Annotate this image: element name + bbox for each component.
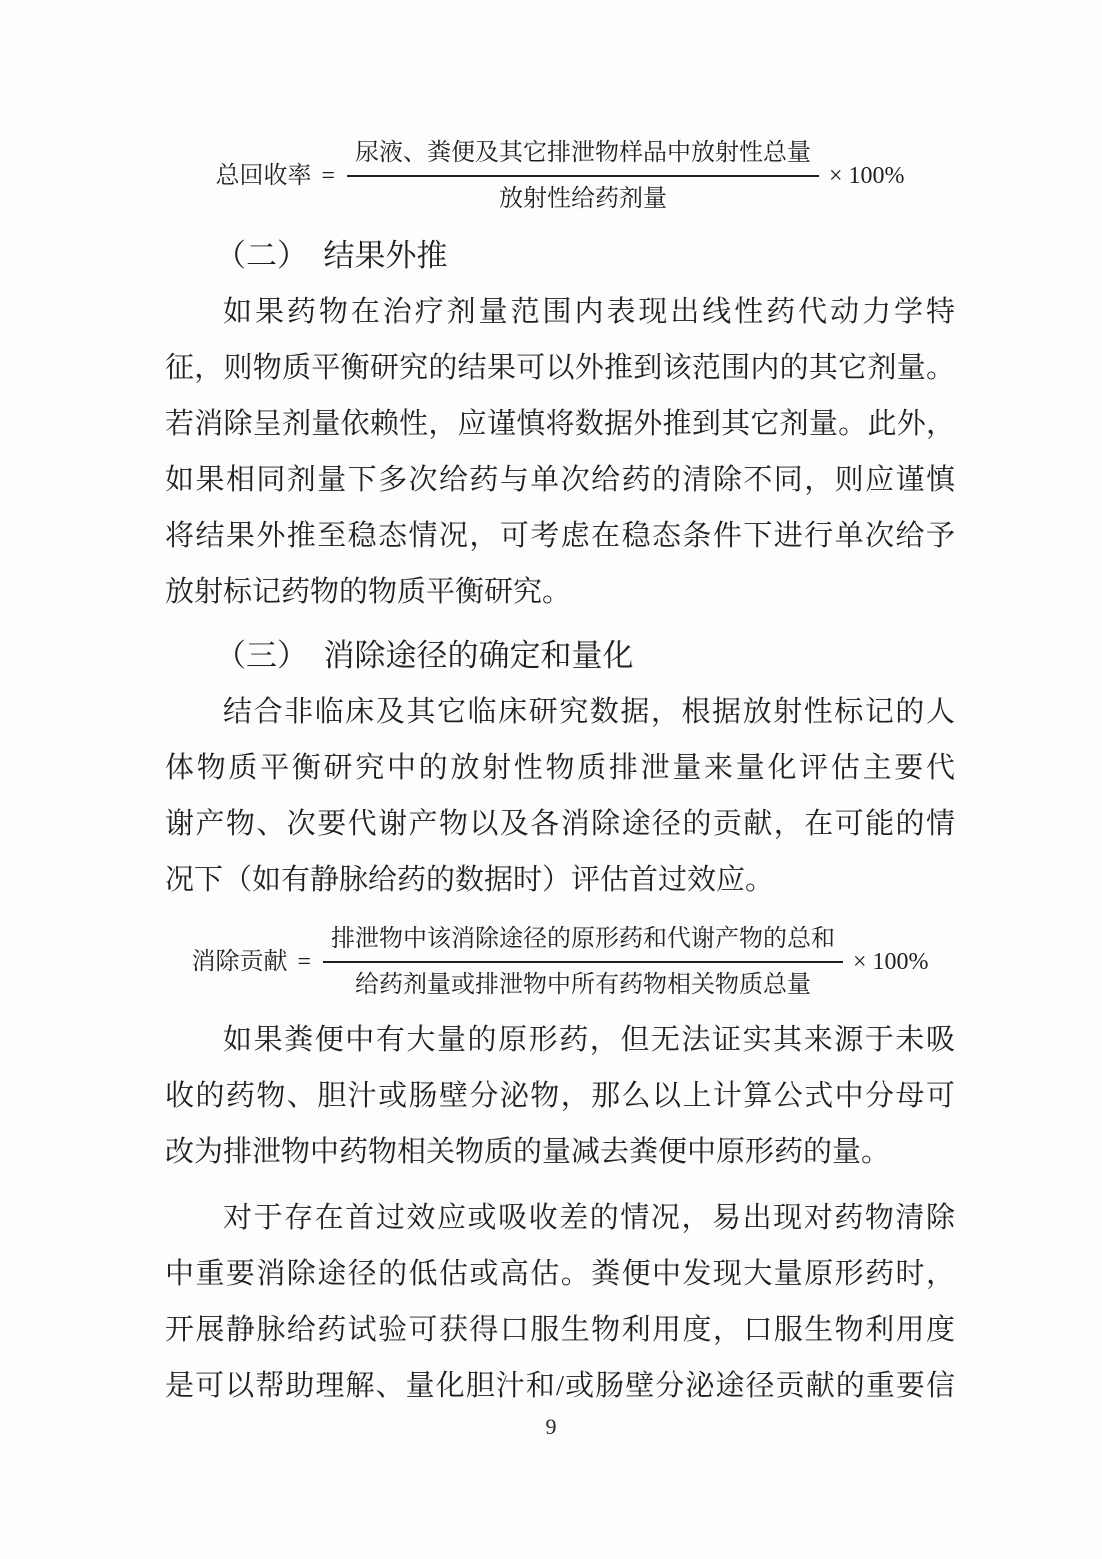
text-line: 改为排泄物中药物相关物质的量减去粪便中原形药的量。: [165, 1124, 955, 1180]
paragraph-feces-unchanged-drug: 如果粪便中有大量的原形药，但无法证实其来源于未吸 收的药物、胆汁或肠壁分泌物，那…: [165, 1012, 955, 1180]
fraction-numerator: 尿液、粪便及其它排泄物样品中放射性总量: [347, 138, 819, 175]
paragraph-first-pass-effect: 对于存在首过效应或吸收差的情况，易出现对药物清除 中重要消除途径的低估或高估。粪…: [165, 1190, 955, 1414]
text-line: 放射标记药物的物质平衡研究。: [165, 564, 955, 620]
text-line: 如果相同剂量下多次给药与单次给药的清除不同，则应谨慎: [165, 452, 955, 508]
paragraph-elimination-routes: 结合非临床及其它临床研究数据，根据放射性标记的人 体物质平衡研究中的放射性物质排…: [165, 684, 955, 908]
text-line: 中重要消除途径的低估或高估。粪便中发现大量原形药时，: [165, 1246, 955, 1302]
equals-sign: =: [321, 161, 335, 191]
formula-multiplier: × 100%: [829, 161, 905, 191]
fraction-denominator: 放射性给药剂量: [499, 177, 667, 214]
formula-label: 总回收率: [215, 161, 311, 191]
text-line: 如果粪便中有大量的原形药，但无法证实其来源于未吸: [165, 1012, 955, 1068]
text-line: 是可以帮助理解、量化胆汁和/或肠壁分泌途径贡献的重要信: [165, 1358, 955, 1414]
text-line: 谢产物、次要代谢产物以及各消除途径的贡献，在可能的情: [165, 796, 955, 852]
text-line: 况下（如有静脉给药的数据时）评估首过效应。: [165, 852, 955, 908]
fraction: 排泄物中该消除途径的原形药和代谢产物的总和 给药剂量或排泄物中所有药物相关物质总…: [323, 924, 843, 1000]
section-heading-3: （三） 消除途径的确定和量化: [165, 628, 955, 684]
text-line: 将结果外推至稳态情况，可考虑在稳态条件下进行单次给予: [165, 508, 955, 564]
text-line: 如果药物在治疗剂量范围内表现出线性药代动力学特: [165, 284, 955, 340]
fraction-numerator: 排泄物中该消除途径的原形药和代谢产物的总和: [323, 924, 843, 961]
section-heading-2: （二） 结果外推: [165, 228, 955, 284]
text-line: 开展静脉给药试验可获得口服生物利用度，口服生物利用度: [165, 1302, 955, 1358]
fraction-denominator: 给药剂量或排泄物中所有药物相关物质总量: [355, 963, 811, 1000]
text-line: 结合非临床及其它临床研究数据，根据放射性标记的人: [165, 684, 955, 740]
document-page: 总回收率 = 尿液、粪便及其它排泄物样品中放射性总量 放射性给药剂量 × 100…: [0, 0, 1102, 1559]
fraction: 尿液、粪便及其它排泄物样品中放射性总量 放射性给药剂量: [347, 138, 819, 214]
elimination-contribution-formula: 消除贡献 = 排泄物中该消除途径的原形药和代谢产物的总和 给药剂量或排泄物中所有…: [165, 924, 955, 1000]
text-line: 收的药物、胆汁或肠壁分泌物，那么以上计算公式中分母可: [165, 1068, 955, 1124]
text-line: 体物质平衡研究中的放射性物质排泄量来量化评估主要代: [165, 740, 955, 796]
paragraph-result-extrapolation: 如果药物在治疗剂量范围内表现出线性药代动力学特 征，则物质平衡研究的结果可以外推…: [165, 284, 955, 620]
total-recovery-formula: 总回收率 = 尿液、粪便及其它排泄物样品中放射性总量 放射性给药剂量 × 100…: [165, 138, 955, 214]
formula-label: 消除贡献: [191, 947, 287, 977]
text-line: 若消除呈剂量依赖性，应谨慎将数据外推到其它剂量。此外，: [165, 396, 955, 452]
text-line: 征，则物质平衡研究的结果可以外推到该范围内的其它剂量。: [165, 340, 955, 396]
formula-multiplier: × 100%: [853, 947, 929, 977]
text-line: 对于存在首过效应或吸收差的情况，易出现对药物清除: [165, 1190, 955, 1246]
page-number: 9: [0, 1412, 1102, 1442]
equals-sign: =: [297, 947, 311, 977]
